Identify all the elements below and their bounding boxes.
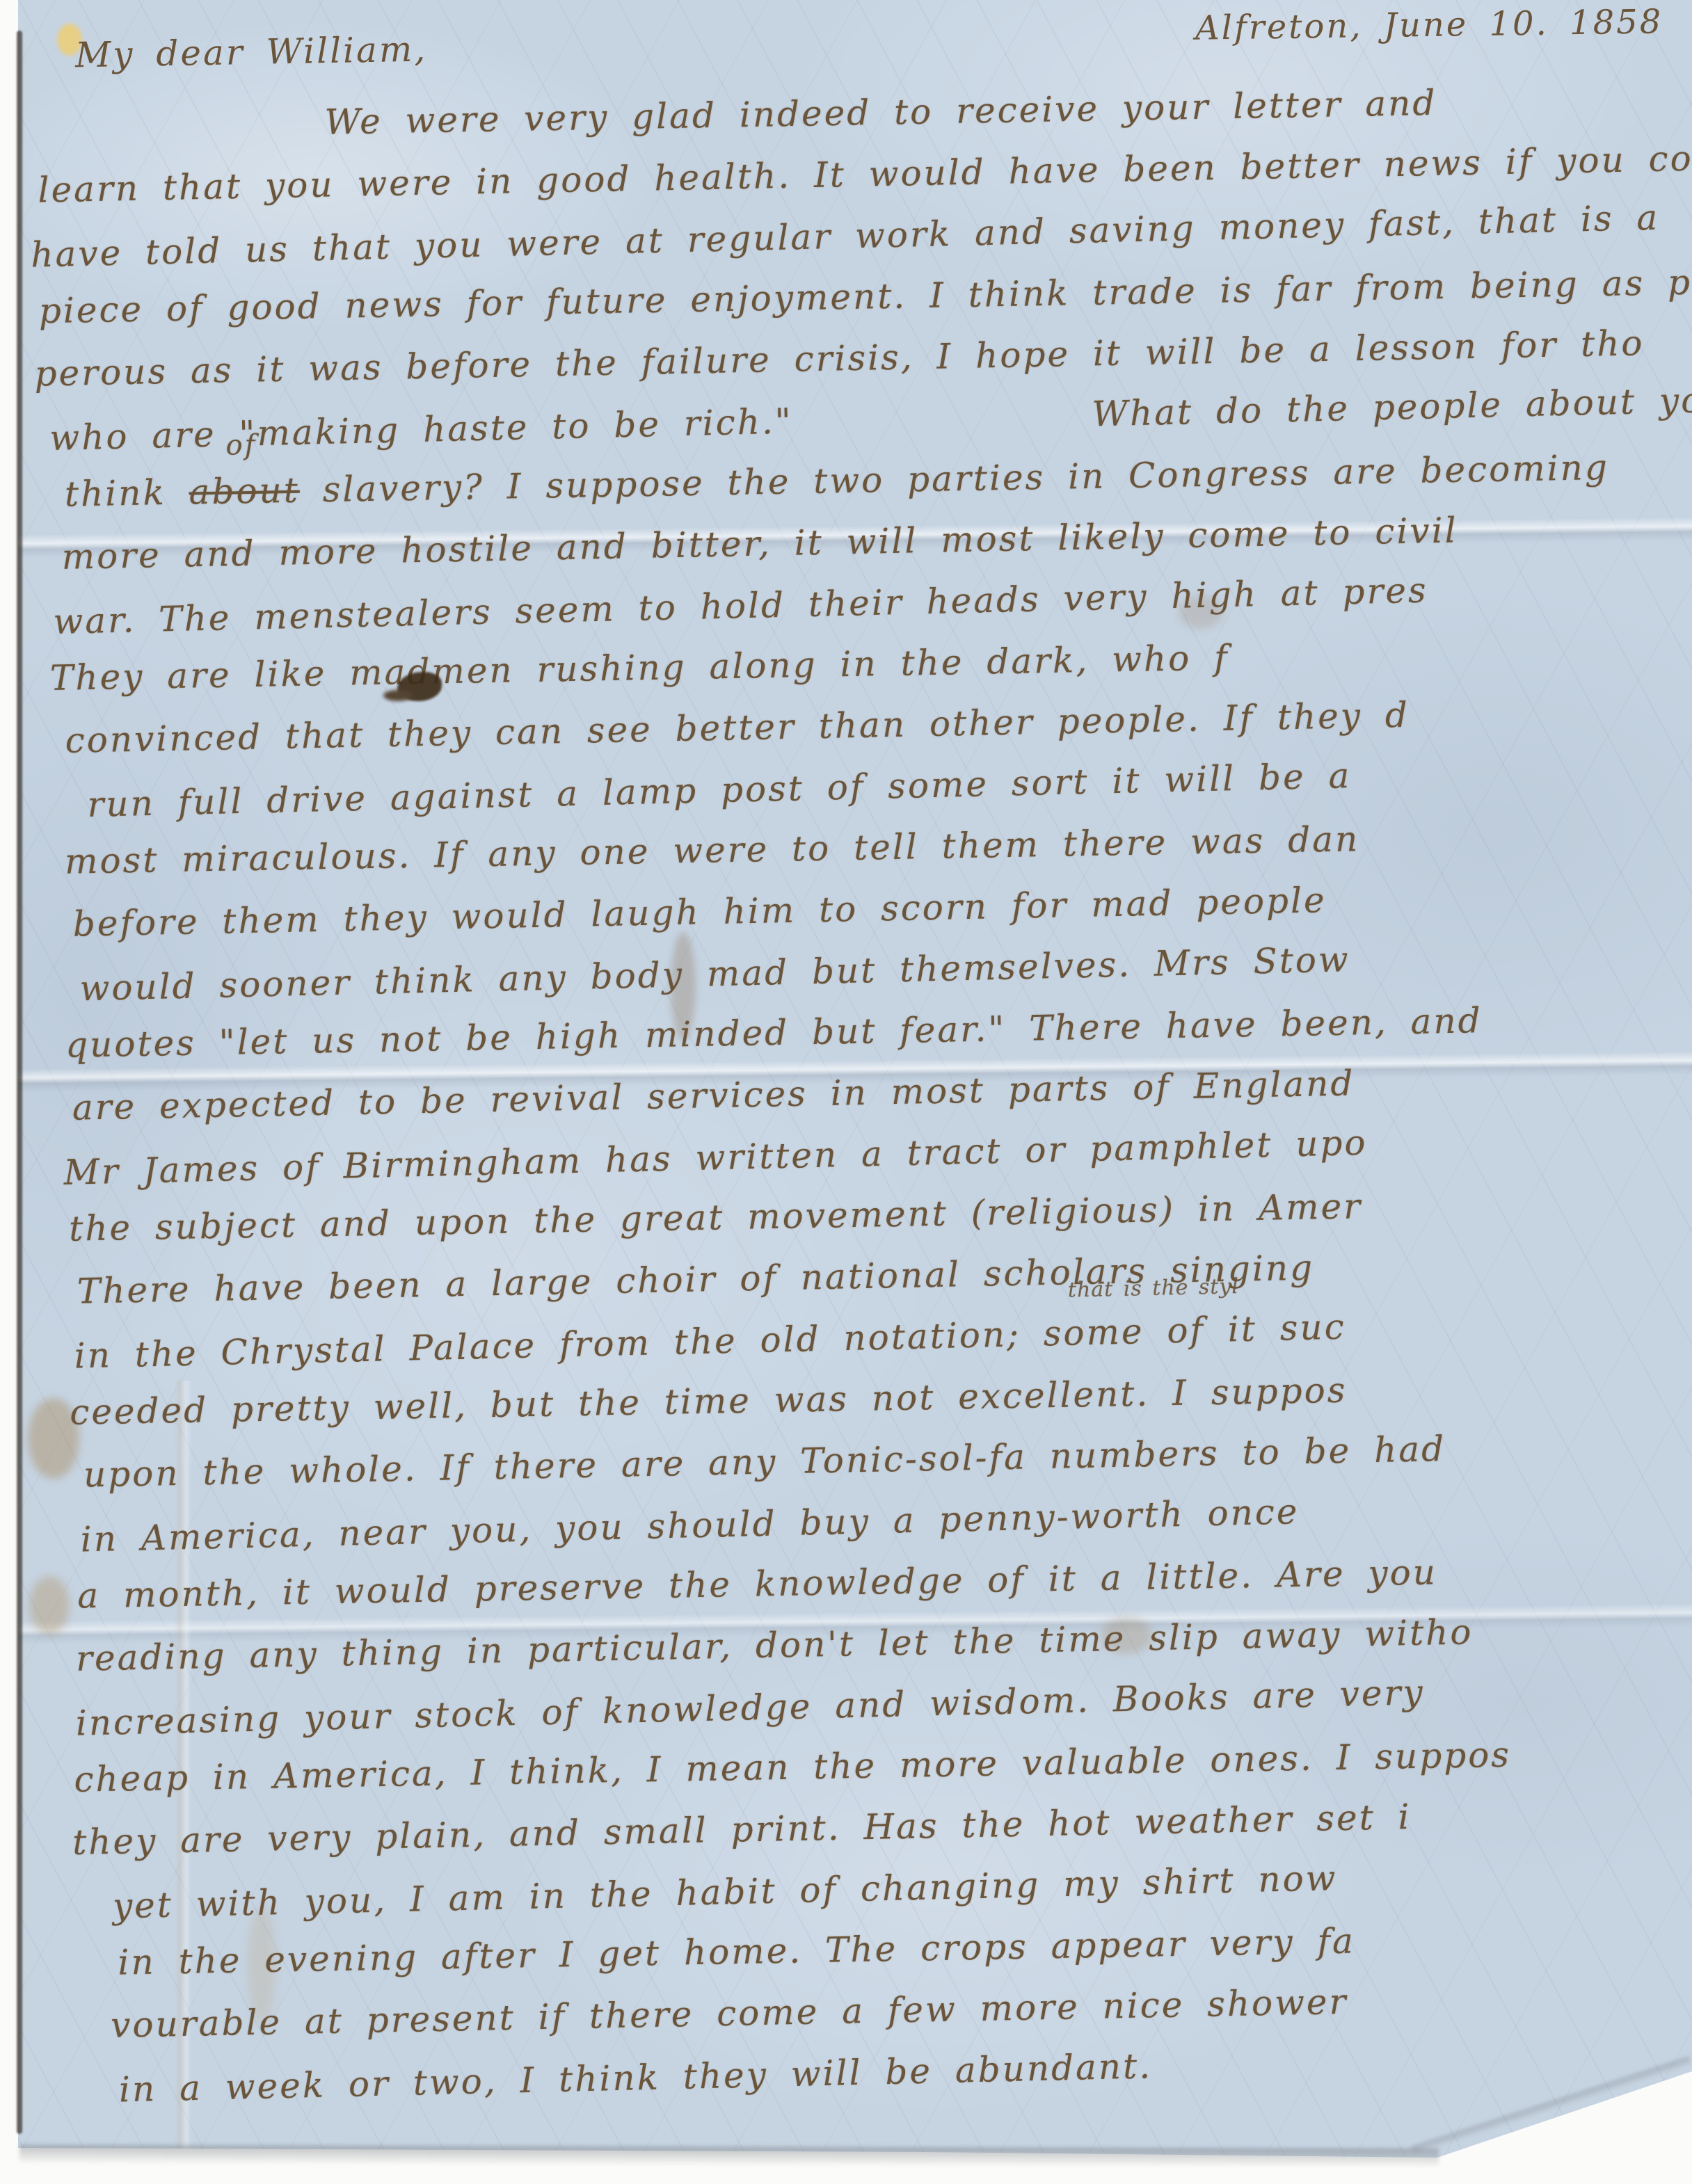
dateline: Alfreton, June 10. 1858 [1195, 2, 1663, 47]
letter-body: We were very glad indeed to receive your… [18, 65, 1692, 2119]
salutation: My dear William, [75, 29, 428, 76]
line-text: think [64, 472, 189, 515]
line-right-phrase: What do the people about you [1092, 379, 1692, 434]
line-left-phrase: who are "making haste to be rich." [49, 401, 794, 458]
scanned-letter-page: Alfreton, June 10. 1858 My dear William,… [0, 0, 1692, 2184]
letter-paper: Alfreton, June 10. 1858 My dear William,… [18, 0, 1692, 2184]
scan-bottom-shadow [19, 2144, 1439, 2166]
paper-edge-shadow [17, 31, 22, 2134]
struck-word: about [189, 470, 300, 513]
handwritten-letter-text: Alfreton, June 10. 1858 My dear William,… [18, 0, 1692, 2184]
interline-note: that is the styl [1068, 1276, 1240, 1301]
correction: aboutof [189, 460, 301, 523]
line-text: slavery? I suppose the two parties in Co… [299, 447, 1609, 511]
inserted-word: of [225, 431, 257, 460]
